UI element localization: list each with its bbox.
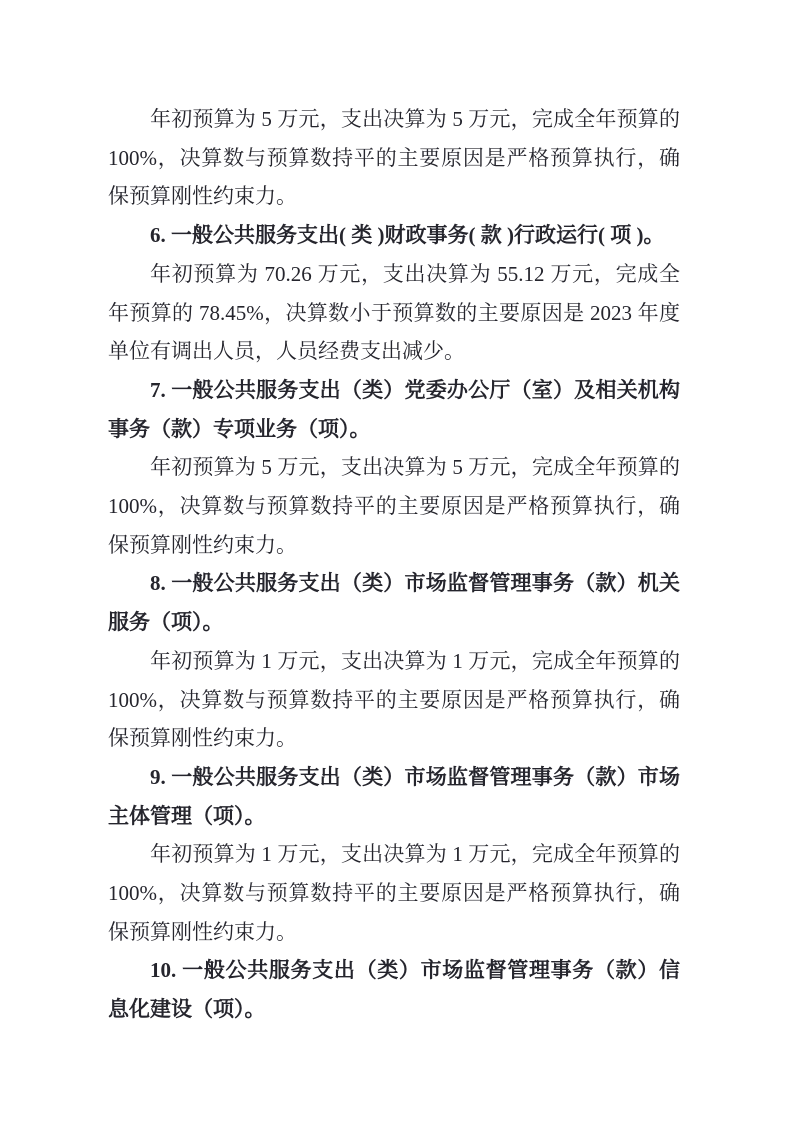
- heading-item-10: 10. 一般公共服务支出（类）市场监督管理事务（款）信息化建设（项）。: [108, 951, 680, 1028]
- document-page: 年初预算为 5 万元，支出决算为 5 万元，完成全年预算的 100%，决算数与预…: [0, 0, 792, 1121]
- document-text-column: 年初预算为 5 万元，支出决算为 5 万元，完成全年预算的 100%，决算数与预…: [108, 100, 680, 1029]
- paragraph-item-8-detail: 年初预算为 1 万元，支出决算为 1 万元，完成全年预算的 100%，决算数与预…: [108, 642, 680, 758]
- paragraph-item-6-detail: 年初预算为 70.26 万元，支出决算为 55.12 万元，完成全年预算的 78…: [108, 255, 680, 371]
- heading-item-6: 6. 一般公共服务支出( 类 )财政事务( 款 )行政运行( 项 )。: [108, 216, 680, 255]
- heading-item-9: 9. 一般公共服务支出（类）市场监督管理事务（款）市场主体管理（项）。: [108, 758, 680, 835]
- heading-item-7: 7. 一般公共服务支出（类）党委办公厅（室）及相关机构事务（款）专项业务（项）。: [108, 371, 680, 448]
- paragraph-item-9-detail: 年初预算为 1 万元，支出决算为 1 万元，完成全年预算的 100%，决算数与预…: [108, 835, 680, 951]
- paragraph-item-7-detail: 年初预算为 5 万元，支出决算为 5 万元，完成全年预算的 100%，决算数与预…: [108, 448, 680, 564]
- paragraph-budget-item-5-detail: 年初预算为 5 万元，支出决算为 5 万元，完成全年预算的 100%，决算数与预…: [108, 100, 680, 216]
- heading-item-8: 8. 一般公共服务支出（类）市场监督管理事务（款）机关服务（项）。: [108, 564, 680, 641]
